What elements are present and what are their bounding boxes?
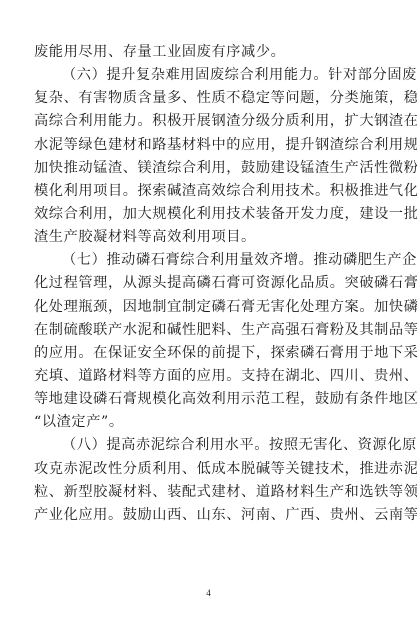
- text-line: 高综合利用能力。积极开展钢渣分级分质利用，扩大钢渣在低碳: [34, 110, 390, 133]
- text-line: 复杂、有害物质含量多、性质不稳定等问题，分类施策，稳步提: [34, 87, 390, 110]
- text-line: “以渣定产”。: [34, 411, 390, 434]
- document-page: 废能用尽用、存量工业固废有序减少。（六）提升复杂难用固废综合利用能力。针对部分固…: [0, 0, 417, 621]
- text-line: （八）提高赤泥综合利用水平。按照无害化、资源化原则，: [34, 434, 390, 457]
- text-line: 产业化应用。鼓励山西、山东、河南、广西、贵州、云南等地建: [34, 504, 390, 527]
- text-line: 化过程管理，从源头提高磷石膏可资源化品质。突破磷石膏无害: [34, 272, 390, 295]
- body-text: 废能用尽用、存量工业固废有序减少。（六）提升复杂难用固废综合利用能力。针对部分固…: [34, 41, 390, 527]
- text-line: 的应用。在保证安全环保的前提下，探索磷石膏用于地下采空区: [34, 342, 390, 365]
- text-line: （六）提升复杂难用固废综合利用能力。针对部分固废成分: [34, 64, 390, 87]
- text-line: 效综合利用，加大规模化利用技术装备开发力度，建设一批气化: [34, 203, 390, 226]
- text-line: 在制硫酸联产水泥和碱性肥料、生产高强石膏粉及其制品等领域: [34, 319, 390, 342]
- text-line: 化处理瓶颈，因地制宜制定磷石膏无害化处理方案。加快磷石膏: [34, 296, 390, 319]
- text-line: （七）推动磷石膏综合利用量效齐增。推动磷肥生产企业强: [34, 249, 390, 272]
- text-line: 加快推动锰渣、镁渣综合利用，鼓励建设锰渣生产活性微粉等规: [34, 157, 390, 180]
- text-line: 模化利用项目。探索碱渣高效综合利用技术。积极推进气化渣高: [34, 180, 390, 203]
- text-line: 废能用尽用、存量工业固废有序减少。: [34, 41, 390, 64]
- text-line: 等地建设磷石膏规模化高效利用示范工程，鼓励有条件地区推行: [34, 388, 390, 411]
- page-number: 4: [0, 588, 417, 598]
- text-line: 攻克赤泥改性分质利用、低成本脱碱等关键技术，推进赤泥在陶: [34, 458, 390, 481]
- text-line: 渣生产胶凝材料等高效利用项目。: [34, 226, 390, 249]
- text-line: 水泥等绿色建材和路基材料中的应用，提升钢渣综合利用规模。: [34, 134, 390, 157]
- text-line: 充填、道路材料等方面的应用。支持在湖北、四川、贵州、云南: [34, 365, 390, 388]
- text-line: 粒、新型胶凝材料、装配式建材、道路材料生产和选铁等领域的: [34, 481, 390, 504]
